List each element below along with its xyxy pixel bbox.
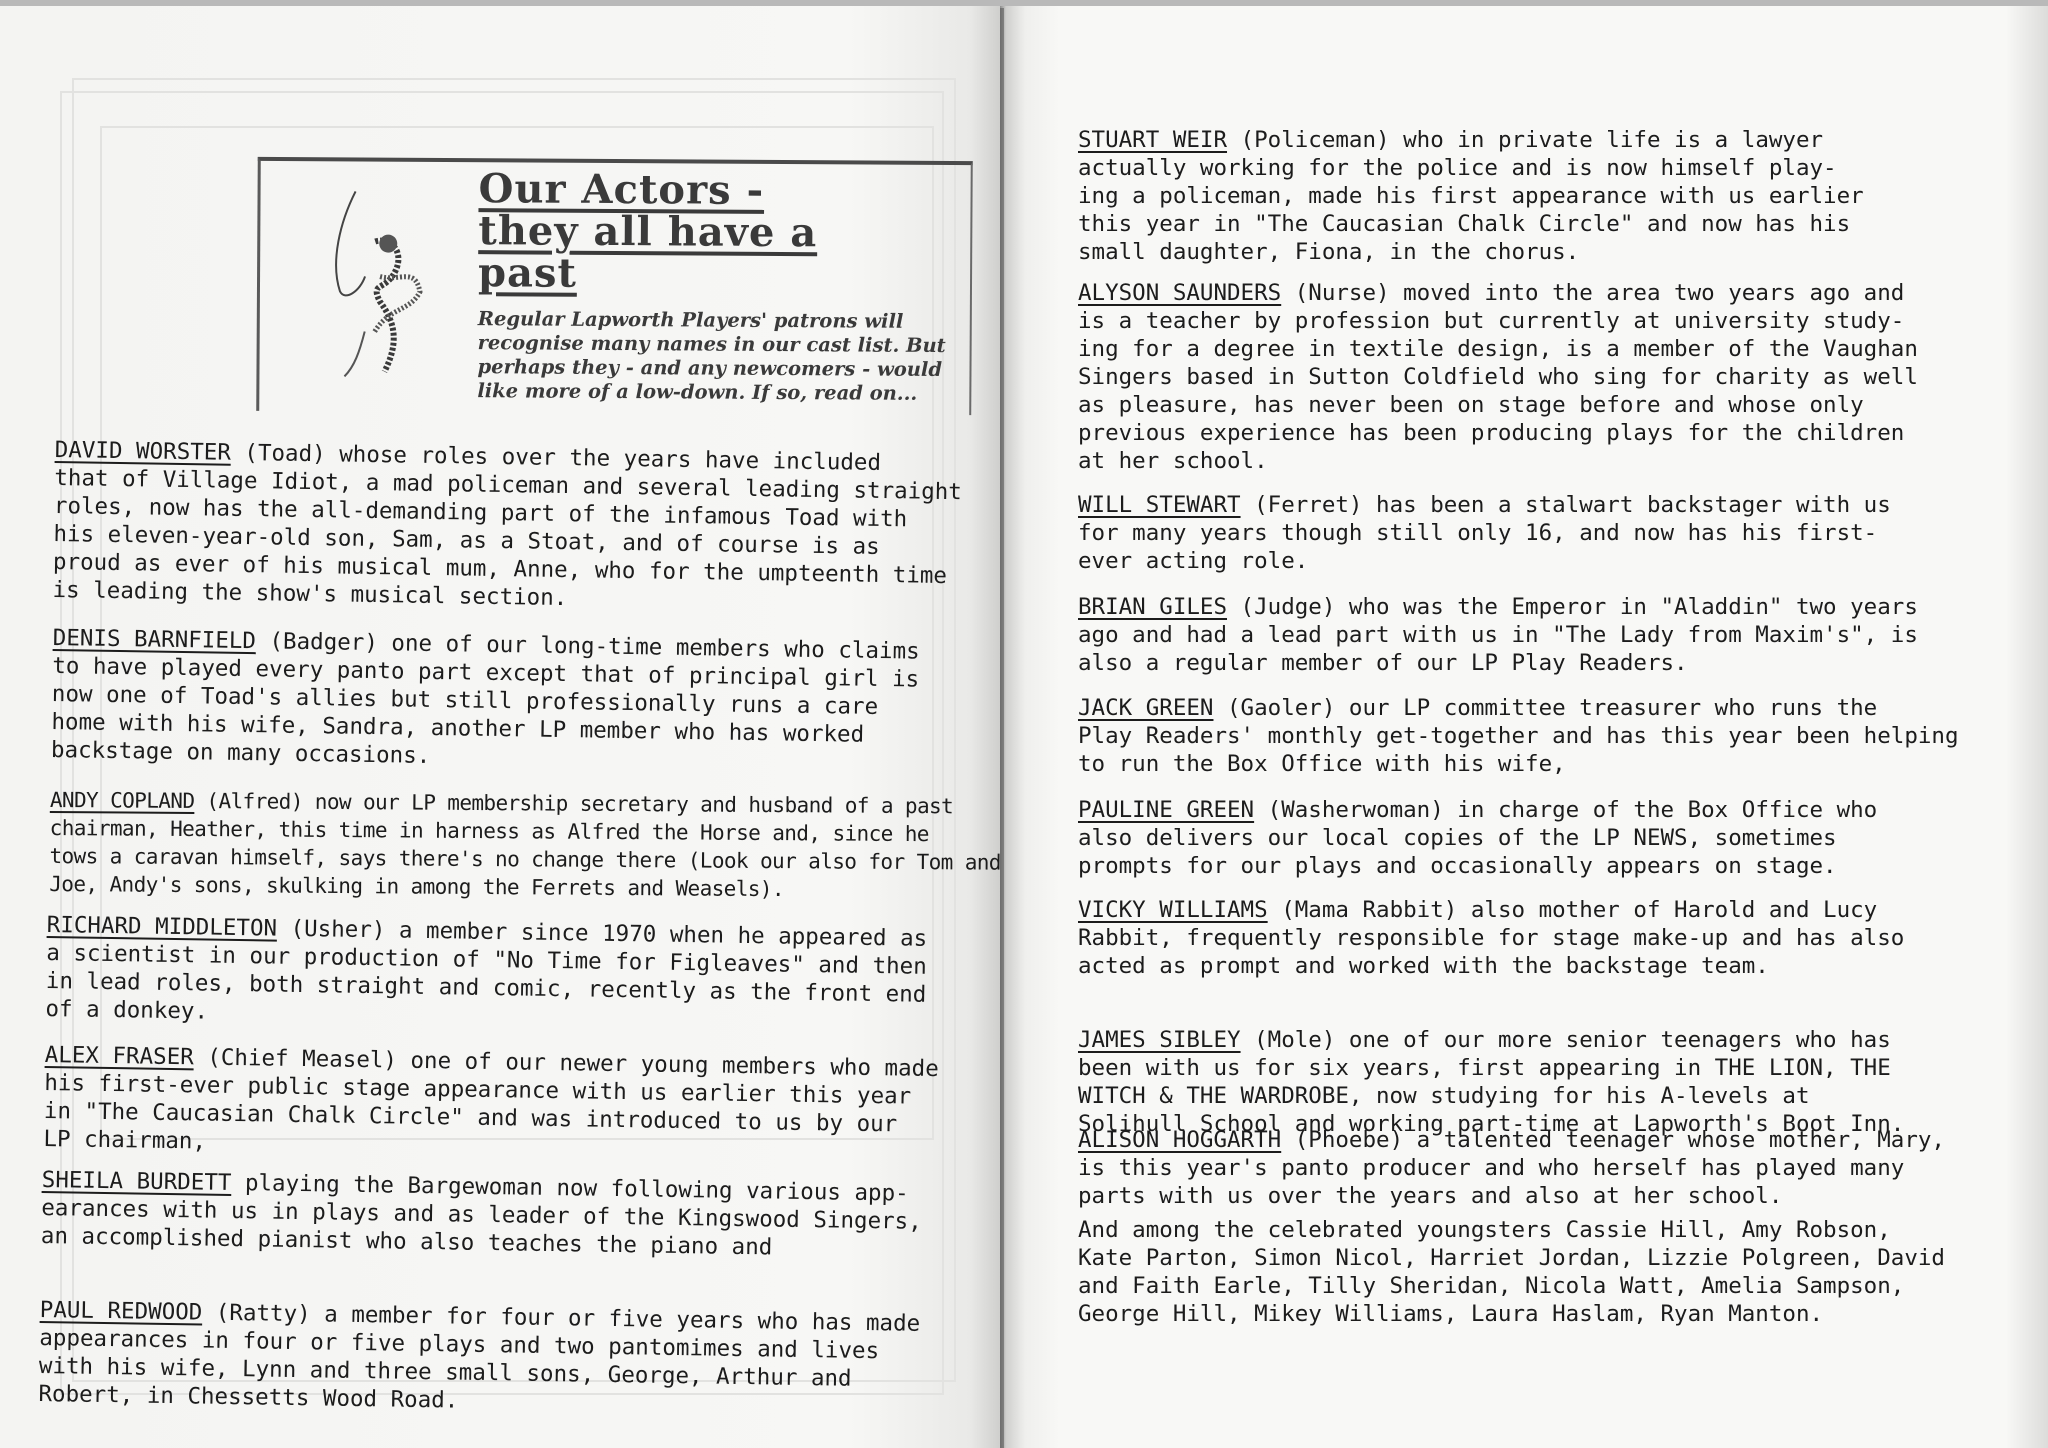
actor-entry: PAUL REDWOOD (Ratty) a member for four o… [38, 1296, 920, 1422]
dancer-illustration-icon [319, 181, 430, 382]
article-heading-box: Our Actors - they all have a past Regula… [256, 157, 973, 415]
actor-name: ALEX FRASER [45, 1042, 194, 1070]
actor-entry: JAMES SIBLEY (Mole) one of our more seni… [1078, 1026, 1904, 1138]
actor-name: PAUL REDWOOD [40, 1297, 203, 1326]
actor-entry: DAVID WORSTER (Toad) whose roles over th… [52, 436, 962, 618]
right-page: STUART WEIR (Policeman) who in private l… [1000, 6, 2048, 1448]
actor-name: DAVID WORSTER [55, 437, 231, 466]
actor-entry: RICHARD MIDDLETON (Usher) a member since… [45, 911, 927, 1037]
actor-name: JACK GREEN [1078, 695, 1213, 721]
left-page: Our Actors - they all have a past Regula… [0, 6, 1000, 1448]
actor-name: ALISON HOGGARTH [1078, 1127, 1281, 1153]
actor-name: RICHARD MIDDLETON [47, 912, 278, 942]
actor-name: DENIS BARNFIELD [53, 625, 257, 654]
article-title: Our Actors - they all have a past [478, 168, 949, 297]
actor-entry: VICKY WILLIAMS (Mama Rabbit) also mother… [1078, 896, 1904, 980]
article-intro: Regular Lapworth Players' patrons will r… [477, 307, 968, 406]
actor-name: JAMES SIBLEY [1078, 1027, 1241, 1053]
actor-entry: ANDY COPLAND (Alfred) now our LP members… [49, 786, 1001, 905]
title-line: past [478, 249, 577, 297]
actor-name: VICKY WILLIAMS [1078, 897, 1268, 923]
actor-bio: (Nurse) moved into the area two years ag… [1078, 280, 1918, 474]
actor-name: WILL STEWART [1078, 492, 1241, 518]
book-gutter [1000, 8, 1004, 1448]
actor-entry: BRIAN GILES (Judge) who was the Emperor … [1078, 593, 1918, 677]
actor-bio: (Toad) whose roles over the years have i… [52, 440, 962, 611]
actor-entry: DENIS BARNFIELD (Badger) one of our long… [51, 624, 920, 778]
actor-entry: ALEX FRASER (Chief Measel) one of our ne… [43, 1041, 939, 1167]
actor-entry: ALISON HOGGARTH (Phoebe) a talented teen… [1078, 1126, 1945, 1210]
actor-entry: ALYSON SAUNDERS (Nurse) moved into the a… [1078, 279, 1918, 475]
actor-entry: WILL STEWART (Ferret) has been a stalwar… [1078, 491, 1891, 575]
actor-name: SHEILA BURDETT [42, 1167, 232, 1196]
youngsters-list: And among the celebrated youngsters Cass… [1078, 1217, 1945, 1327]
actor-name: ALYSON SAUNDERS [1078, 280, 1281, 306]
actor-entry: PAULINE GREEN (Washerwoman) in charge of… [1078, 796, 1877, 880]
actor-name: BRIAN GILES [1078, 594, 1227, 620]
closing-paragraph: And among the celebrated youngsters Cass… [1078, 1216, 1945, 1328]
actor-entry: JACK GREEN (Gaoler) our LP committee tre… [1078, 694, 1959, 778]
actor-name: PAULINE GREEN [1078, 797, 1254, 823]
actor-entry: SHEILA BURDETT playing the Bargewoman no… [41, 1166, 923, 1264]
actor-name: ANDY COPLAND [50, 788, 195, 813]
actor-entry: STUART WEIR (Policeman) who in private l… [1078, 126, 1864, 266]
actor-name: STUART WEIR [1078, 127, 1227, 153]
